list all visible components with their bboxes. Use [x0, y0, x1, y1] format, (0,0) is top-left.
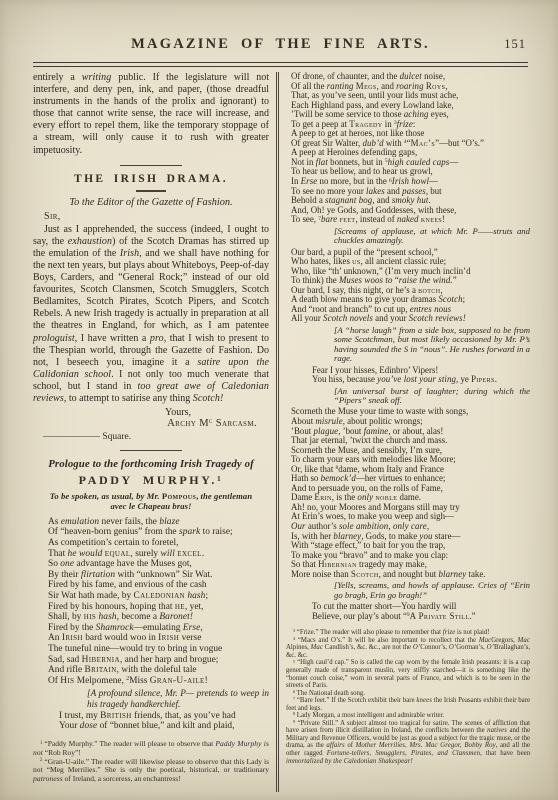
couplet-vipers: Fear I your hisses, Edinbro’ Vipers!You … [286, 366, 530, 385]
letter-address: —————— Square. [33, 432, 269, 442]
right-column: Of drone, of chaunter, and the dulcet no… [276, 72, 530, 792]
footnote-item: 3 “Frize.” The reader will also please t… [286, 629, 530, 637]
verse-block-a: Of drone, of chaunter, and the dulcet no… [286, 72, 530, 225]
left-column: entirely a writing public. If the legisl… [33, 72, 276, 792]
left-footnotes: 1 “Paddy Murphy.” The reader will please… [33, 740, 269, 784]
header-rule [33, 62, 528, 67]
verse-line: An Irish bard would woo in Irish verse [48, 633, 269, 644]
editor-address-line: To the Editor of the Gazette of Fashion. [33, 197, 269, 208]
verse-line: Fired by his honours, hoping that he, ye… [48, 602, 269, 613]
stage-direction-handkerchief: [A profound silence, Mr. P— pretends to … [87, 688, 269, 708]
footnote-item: 9 “Private Still.” A subject almost too … [286, 720, 530, 765]
footnote-item: 4 “Macs and O’s.” It will be also import… [286, 637, 530, 660]
stage-direction-horse-laugh: [A “horse laugh” from a side box, suppos… [334, 326, 530, 364]
stage-direction-laughter: [An universal burst of laughter; during … [334, 387, 530, 406]
footnote-item: 2 “Gran-U-aile.” The reader will likewis… [33, 758, 269, 784]
right-footnotes: 3 “Frize.” The reader will also please t… [286, 629, 530, 765]
page-number: 151 [504, 37, 526, 52]
verse-line: To see, 7bare feet, instead of naked kne… [291, 215, 530, 225]
magazine-page: MAGAZINE OF THE FINE ARTS. 151 entirely … [0, 0, 558, 800]
speaker-note: To be spoken, as usual, by Mr. Pompous, … [33, 492, 269, 512]
footnote-item: 6 The National death song. [286, 690, 530, 698]
intro-paragraph: entirely a writing public. If the legisl… [33, 72, 269, 157]
verse-line: Sir Wat hath made, by Caledonian hash; [48, 591, 269, 602]
stage-direction-applause: [Screams of applause, at which Mr. P——st… [334, 227, 530, 246]
verse-block-b: Our bard, a pupil of the “present school… [286, 248, 530, 324]
prologue-title: PADDY MURPHY.1 [33, 473, 269, 488]
magazine-title: MAGAZINE OF THE FINE ARTS. [33, 36, 528, 53]
stage-direction-erin-go-bragh: [Yells, screams, and howls of applause. … [334, 581, 530, 600]
verse-line: So one advantage have the Muses got, [48, 559, 269, 570]
verse-line: By their flirtation with “unknown” Sir W… [48, 570, 269, 581]
verse-line: Of His Melpomene, 2Miss Gran-U-aile! [48, 676, 269, 687]
prologue-divider-rule [120, 450, 182, 451]
verse-line: As emulation never fails, the blaze [48, 517, 269, 528]
verse-block-c: Scorneth the Muse your time to waste wit… [286, 407, 530, 579]
verse-line: You hiss, because you’ve lost your sting… [312, 375, 530, 385]
prologue-verse: As emulation never fails, the blazeOf “h… [33, 517, 269, 687]
verse-line: And rifle Britain, with the doleful tale [48, 665, 269, 676]
heading-underline-rule [136, 190, 166, 192]
verse-line: I trust, my British friends, that, as yo… [59, 711, 269, 722]
verse-line: That he would equal, surely will excel. [48, 549, 269, 560]
salutation: Sir, [33, 211, 269, 222]
footnote-item: 1 “Paddy Murphy.” The reader will please… [33, 740, 269, 758]
verse-line: Fired by the Shamrock—emulating Erse, [48, 623, 269, 634]
verse-line: Shall, by his hash, become a Baronet! [48, 612, 269, 623]
footnote-item: 7 “Bare feet.” If the Scotch exhibit the… [286, 697, 530, 712]
verse-continuation: I trust, my British friends, that, as yo… [33, 711, 269, 732]
verse-line: As competition’s certain to foretel, [48, 538, 269, 549]
verse-line: Believe, our play’s about “9A Private St… [312, 612, 530, 622]
irish-drama-heading: THE IRISH DRAMA. [33, 173, 269, 185]
couplet-private-still: To cut the matter short—You hardly willB… [286, 602, 530, 621]
letter-closing: Yours, [33, 407, 269, 418]
text-columns: entirely a writing public. If the legisl… [33, 72, 530, 792]
footnote-item: 5 “High caul’d cap.” So is called the ca… [286, 659, 530, 689]
prologue-intro-line: Prologue to the forthcoming Irish Traged… [33, 458, 269, 470]
verse-line: The tuneful nine—would try to bring in v… [48, 644, 269, 655]
verse-line: Your dose of “bonnet blue,” and kilt and… [59, 721, 269, 732]
verse-line: All your Scotch novels and your Scotch r… [291, 314, 530, 324]
verse-line: Fired by his fame, and envious of the ca… [48, 580, 269, 591]
letter-body: Just as I apprehended, the success (inde… [33, 224, 269, 405]
page-header: MAGAZINE OF THE FINE ARTS. 151 [33, 36, 528, 56]
footnote-item: 8 Lady Morgan, a most intelligent and ad… [286, 712, 530, 720]
verse-line: Of “heaven-born genius” from the spark t… [48, 527, 269, 538]
verse-line: Sad, sad Hibernia, and her harp and brog… [48, 655, 269, 666]
letter-signature: Archy Mc Sarcasm. [33, 418, 269, 429]
verse-line: More noise than Scotch, and nought but b… [291, 570, 530, 580]
section-divider-rule [120, 165, 182, 166]
